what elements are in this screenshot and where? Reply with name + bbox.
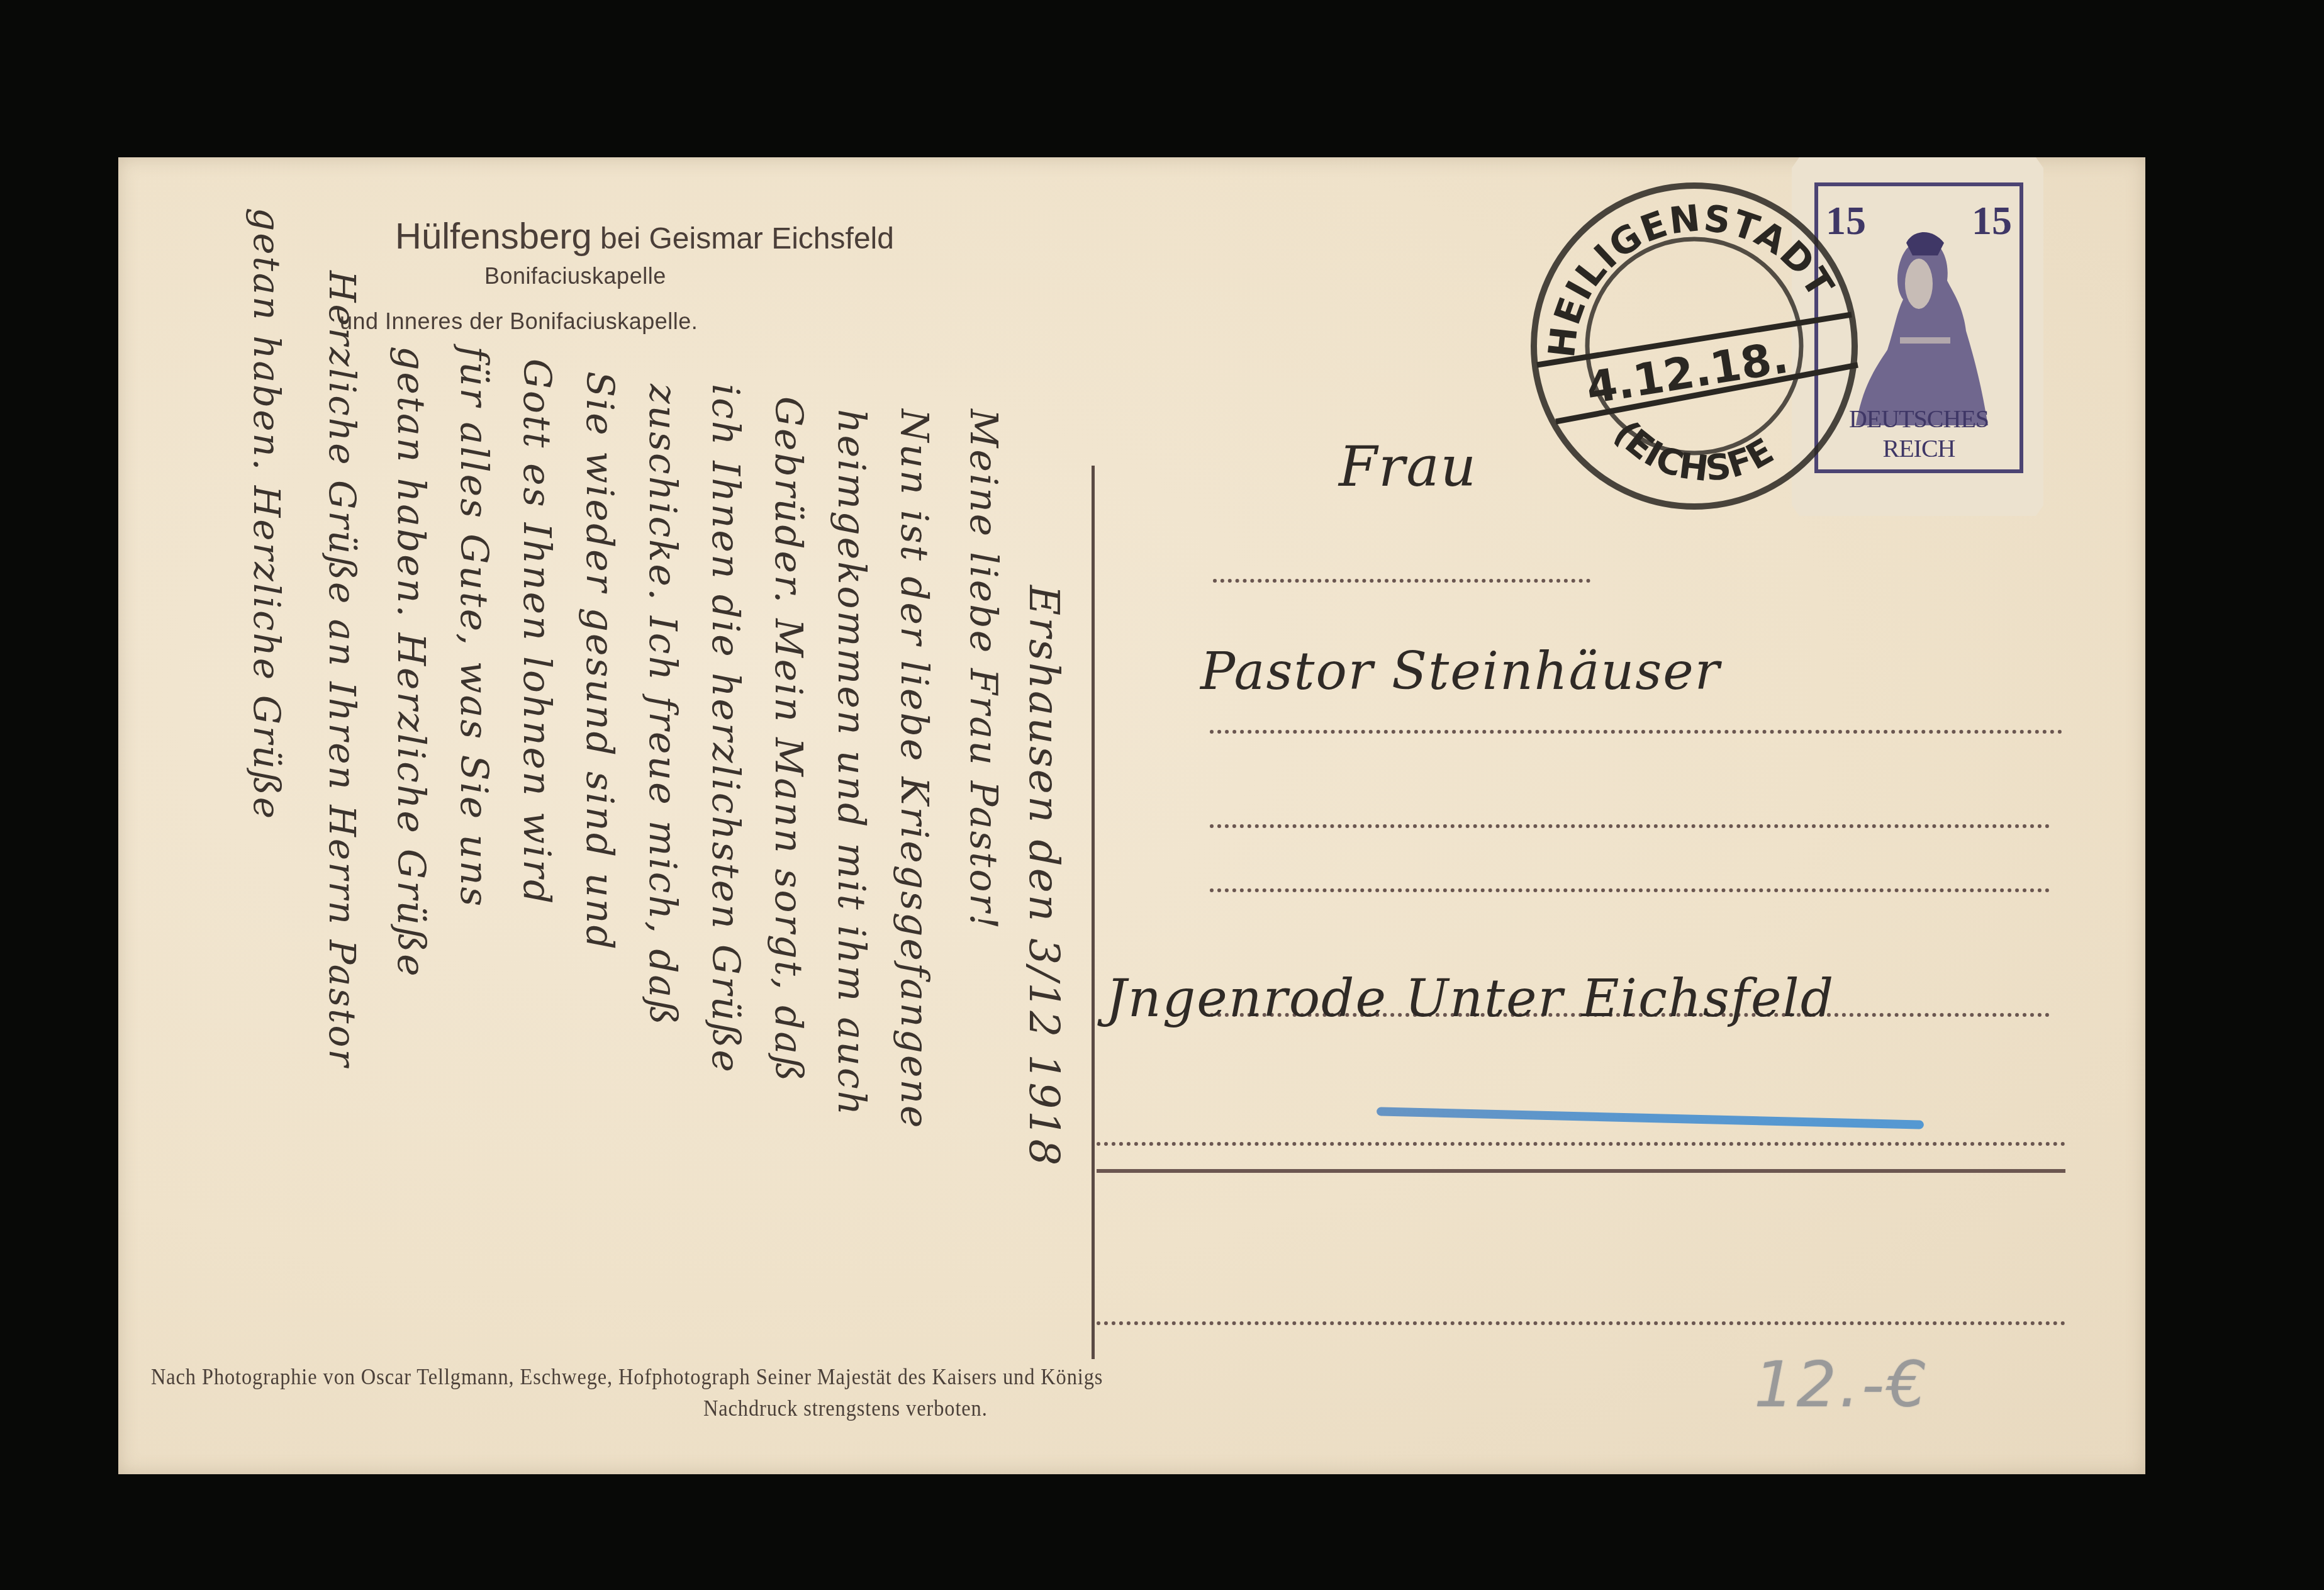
address-solid-line	[1097, 1169, 2065, 1173]
title-place: Hülfensberg	[395, 216, 592, 257]
address-dotline-4	[1210, 888, 2050, 892]
address-divider	[1092, 466, 1095, 1359]
message-dateline: Ershausen den 3/12 1918	[1020, 585, 1068, 1167]
message-line: Meine liebe Frau Pastor!	[961, 409, 1005, 931]
address-line-3: Jngenrode Unter Eichsfeld	[1106, 969, 1835, 1029]
postcard: Hülfensberg bei Geismar Eichsfeld Bonifa…	[118, 157, 2145, 1474]
message-line: Sie wieder gesund sind und	[578, 371, 622, 951]
message-line: heimgekommen und mit ihm auch	[829, 409, 873, 1117]
message-line: getan haben. Herzliche Grüße	[389, 346, 433, 978]
pencil-price: 12.-€	[1754, 1348, 1930, 1421]
postmark-date: 4.12.18.	[1583, 332, 1792, 415]
address-dotline-1	[1213, 579, 1590, 583]
printed-subtitle-1: Bonifaciuskapelle	[484, 263, 666, 289]
copyright-notice: Nachdruck strengstens verboten.	[703, 1395, 988, 1421]
postmark-cancel: HEILIGENSTADT (EICHSFELD) 4.12.18.	[1518, 170, 1870, 522]
address-line-2: Pastor Steinhäuser	[1200, 642, 1721, 702]
photographer-credit: Nach Photographie von Oscar Tellgmann, E…	[151, 1363, 1103, 1390]
address-dotline-7	[1097, 1321, 2065, 1325]
title-location: bei Geismar Eichsfeld	[592, 222, 894, 255]
address-dotline-3	[1210, 824, 2050, 828]
address-line-1: Frau	[1339, 434, 1477, 499]
message-margin-note-2: getan haben. Herzliche Grüße	[245, 208, 288, 820]
message-line: Gott es Ihnen lohnen wird	[515, 359, 559, 905]
message-line: ich Ihnen die herzlichsten Grüße	[703, 384, 747, 1074]
printed-subtitle-2: und Inneres der Bonifaciuskapelle.	[340, 308, 698, 335]
message-margin-note: Herzliche Grüße an Ihren Herrn Pastor	[321, 271, 364, 1068]
address-dotline-2	[1210, 730, 2062, 734]
printed-title: Hülfensberg bei Geismar Eichsfeld	[395, 215, 894, 257]
message-line: Nun ist der liebe Kriegsgefangene	[892, 409, 936, 1130]
blue-crayon-underline	[1377, 1107, 1924, 1129]
message-line: Gebrüder. Mein Mann sorgt, daß	[766, 396, 810, 1083]
message-line: zuschicke. Ich freue mich, daß	[640, 384, 684, 1026]
address-dotline-6	[1097, 1142, 2065, 1146]
message-line: für alles Gute, was Sie uns	[452, 346, 496, 908]
